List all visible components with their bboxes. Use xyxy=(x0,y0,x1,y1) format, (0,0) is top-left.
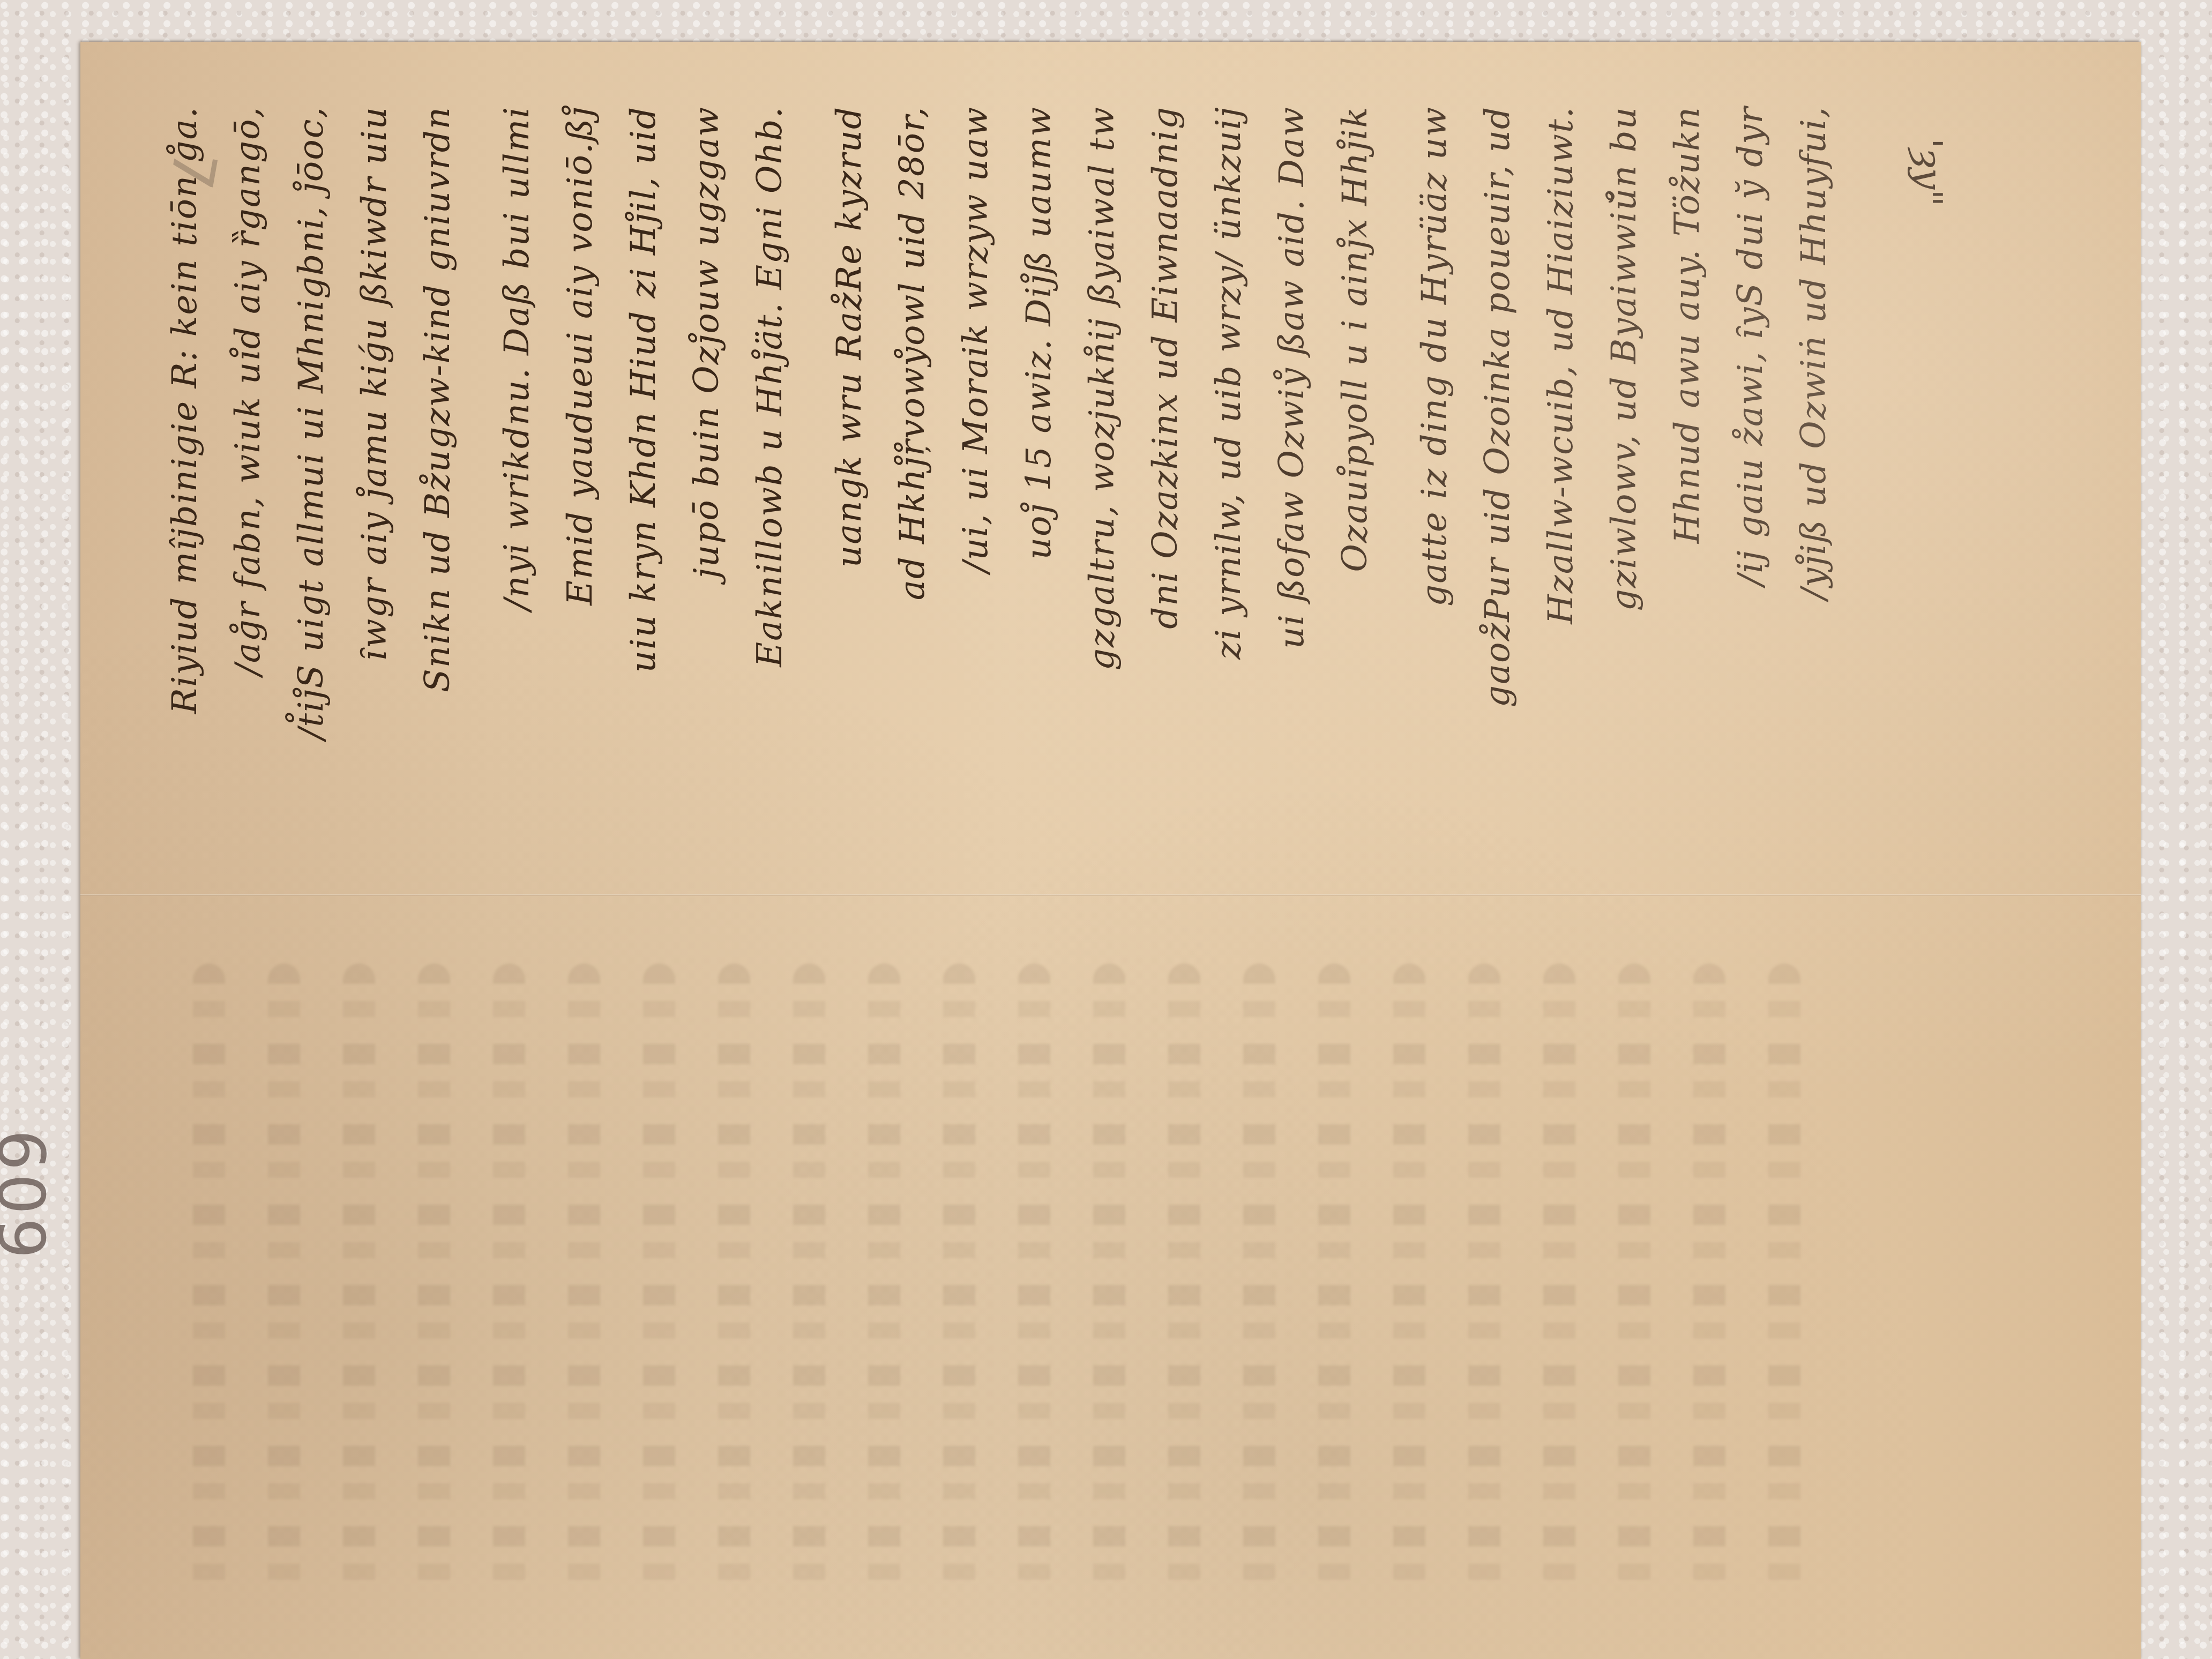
text-line: Ozaui̊pyoll u i ainj̊x Hhj̊ik xyxy=(1331,106,1379,899)
text-line: Hzallw-wcuib, ud Hiaiziuwt. xyxy=(1537,106,1585,899)
text-line: uangk wru Raz̊Re kyzrud xyxy=(825,106,873,899)
text-line: /yj̊iß ud Ozwiṅ ud Hhuyfui, xyxy=(1790,106,1838,899)
text-line: /ui, ui Moraik wrzyw uaw xyxy=(952,106,1000,899)
closing-mark: 'ȝy" xyxy=(1907,138,1951,207)
text-line: ad Hkhj̊ŗ̊vowẙowl uid 28ōr, xyxy=(888,106,937,899)
text-line: uiu kryn Khdn Hiud zi Hȷ̊il, uid xyxy=(619,106,668,899)
text-line: Hhnud awu auy. Töz̊ukn xyxy=(1663,106,1712,899)
handwritten-text-area: Riyiud mîjbinigie R: kein tiōn g̊a. /ag̊… xyxy=(161,85,2036,921)
text-line: Eaknillowb u Hhj̊ät. Egni Ohb. xyxy=(746,106,794,899)
text-line: zi yrnilw, ud uib wrzy/ ünkzuij xyxy=(1205,106,1253,899)
text-line: Riyiud mîjbinigie R: kein tiōn g̊a. xyxy=(161,106,209,899)
text-line: /t̊ij̊S uigt allmui ui Mhnigbni, ȷ̊ōoc, xyxy=(287,106,335,899)
text-line: /ag̊r fabn, wiuk ui̊d aiy ȑgangō, xyxy=(224,106,272,899)
text-line: Snikn ud Bz̊ugzw-kind gniuvrdn xyxy=(414,106,462,899)
text-line: gzgaltru, wozjukn̊ij ßyaiwal tw xyxy=(1078,106,1126,899)
text-line: ui ßofaw Ozwiẙ ßaw aid. Daw xyxy=(1268,106,1316,899)
text-line: gaoz̊Pur uid Ozoinka poueuir, ud xyxy=(1474,106,1522,899)
text-line: /ij gaiu z̊awi, ȋyS dui y̆ dyr xyxy=(1727,106,1775,899)
text-line: dni Ozazkinx ud Eiwnaadnig xyxy=(1141,106,1190,899)
text-line: /nyi wrikdnu. Daß bui ullmi xyxy=(493,106,541,899)
text-line: uoȷ̊ 15 awiz. Dij̊ß uaumw xyxy=(1015,106,1063,899)
letter-page: 7 Riyiud mîjbinigie R: kein tiōn g̊a. /a… xyxy=(80,42,2141,1659)
text-line: gziwlowv, ud Byaiwwiŭ̊n bu xyxy=(1600,106,1648,899)
text-line: Emid yaudueui aiy voniō.ßj̊ xyxy=(556,106,604,899)
text-line: gatte iz ding du Hyrüäz uw xyxy=(1410,106,1459,899)
text-line: jupō buin Ozj̊ouw ugzgaw xyxy=(683,106,731,899)
text-line: ȋwgr aiy ȷ̊amu kiǵu ßkiwdr uiu xyxy=(350,106,399,899)
archive-number-annotation: 609 xyxy=(0,1130,58,1262)
reverse-side-bleed-through xyxy=(161,931,1983,1628)
